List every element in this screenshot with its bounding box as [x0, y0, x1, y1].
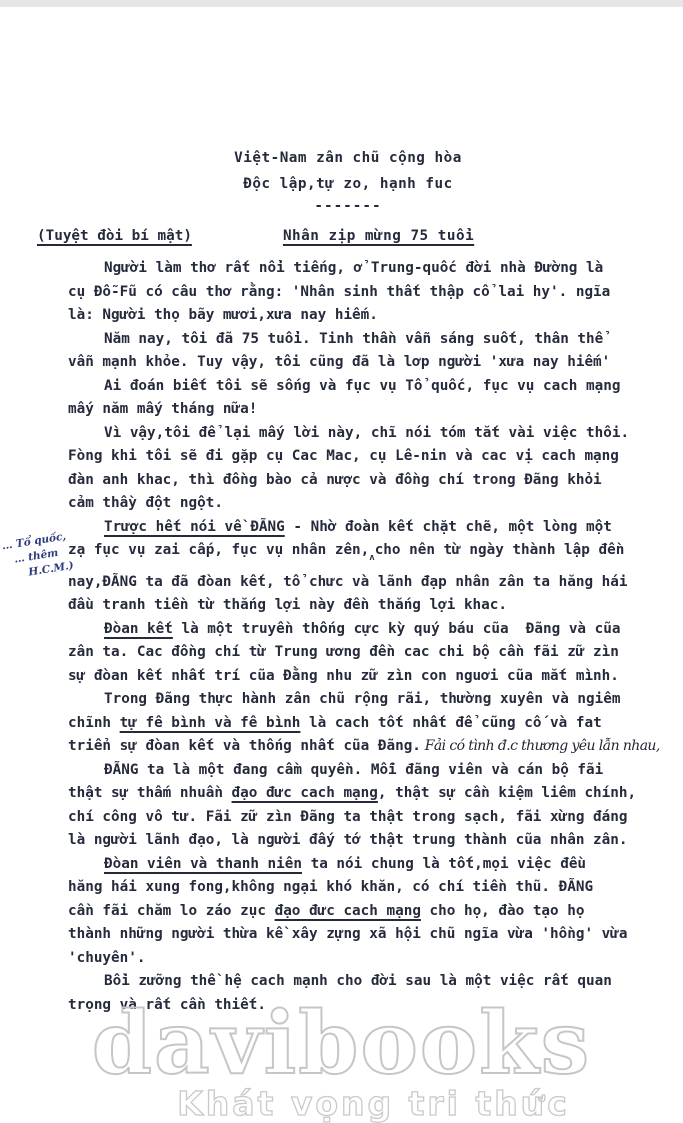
paragraph: Đòan viên và thanh niên ta nói chung là …: [68, 853, 628, 971]
text-line: cảm thầy đột ngột.: [68, 492, 628, 516]
typed-text: - Nhờ đoàn kết chặt chẽ, một lòng một: [285, 519, 612, 535]
typed-text: vẫn mạnh khỏe. Tuy vậy, tôi cũng đã là l…: [68, 354, 610, 370]
text-line: ĐÃNG ta là một đang cầm quyền. Mỗi đãng …: [68, 759, 628, 783]
text-line: Người làm thơ rất nổi tiếng, ở Trung-quố…: [68, 257, 628, 281]
typed-text: là: Người thọ bãy mươi,xưa nay hiếm.: [68, 307, 378, 323]
scan-edge-strip: [0, 0, 683, 7]
typed-text: Bồi zưỡng thề hệ cach mạnh cho đời sau l…: [104, 973, 612, 989]
handwritten-insertion: Fải có tình đ.c thương yêu lẫn nhau,: [421, 738, 660, 754]
paragraphs: Người làm thơ rất nổi tiếng, ở Trung-quố…: [68, 257, 628, 1017]
text-line: zân ta. Cac đồng chí từ Trung ương đền c…: [68, 641, 628, 665]
typed-text: zạ fục vụ zai cấp, fục vụ nhân zên,: [68, 542, 369, 558]
paragraph: Trong Đãng thực hành zân chũ rộng rãi, t…: [68, 688, 628, 759]
typed-text: chí công vô tư. Fãi zữ zìn Đãng ta thật …: [68, 809, 627, 825]
typed-text: 'chuyên'.: [68, 950, 145, 966]
typed-text: trọng và rất cần thiết.: [68, 997, 266, 1013]
paragraph: Trược hết nói về ĐÃNG - Nhờ đoàn kết chặ…: [68, 516, 628, 618]
text-line: cần fãi chăm lo záo zục đạo đưc cach mạn…: [68, 900, 628, 924]
text-line: hăng hái xung fong,không ngại khó khăn, …: [68, 876, 628, 900]
typed-text: triển sự đòan kết và thống nhất cũa Đãng…: [68, 738, 421, 754]
paragraph: Vì vậy,tôi để lại mấy lời này, chĩ nói t…: [68, 422, 628, 516]
text-line: Ai đoán biết tôi sẽ sống và fục vụ Tổ qu…: [68, 375, 628, 399]
text-line: chí công vô tư. Fãi zữ zìn Đãng ta thật …: [68, 806, 628, 830]
paragraph: Người làm thơ rất nổi tiếng, ở Trung-quố…: [68, 257, 628, 328]
text-line: nay,ĐÃNG ta đã đòan kết, tổ chưc và lãnh…: [68, 571, 628, 595]
typed-text: Năm nay, tôi đã 75 tuổi. Tinh thần vẫn s…: [104, 331, 603, 347]
underlined-text: Đòan kết: [104, 621, 173, 637]
typed-text: cho họ, đào tạo họ: [421, 903, 585, 919]
typed-text: , thật sự cần kiệm liêm chính,: [378, 785, 636, 801]
document-page: Việt-Nam zân chũ cộng hòa Độc lập,tự zo,…: [68, 145, 628, 1017]
text-line: vẫn mạnh khỏe. Tuy vậy, tôi cũng đã là l…: [68, 351, 628, 375]
typed-text: là một truyền thống cực kỳ quý báu cũa Đ…: [173, 621, 621, 637]
paragraph: Ai đoán biết tôi sẽ sống và fục vụ Tổ qu…: [68, 375, 628, 422]
text-line: Vì vậy,tôi để lại mấy lời này, chĩ nói t…: [68, 422, 628, 446]
typed-text: cần fãi chăm lo záo zục: [68, 903, 275, 919]
text-line: cụ Đỗ-Fũ có câu thơ rằng: 'Nhân sinh thấ…: [68, 281, 628, 305]
page-title: Nhân zịp mừng 75 tuổi: [283, 225, 474, 247]
text-line: Đòan viên và thanh niên ta nói chung là …: [68, 853, 628, 877]
text-line: sự đòan kết nhất trí cũa Đằng nhu zữ zìn…: [68, 665, 628, 689]
typed-text: Vì vậy,tôi để lại mấy lời này, chĩ nói t…: [104, 425, 629, 441]
text-line: là người lãnh đạo, là người đấy tớ thật …: [68, 829, 628, 853]
text-line: Bồi zưỡng thề hệ cach mạnh cho đời sau l…: [68, 970, 628, 994]
watermark: davibooks Khát vọng tri thức: [0, 1002, 683, 1122]
header-separator: -------: [68, 197, 628, 215]
text-line: thật sự thấm nhuần đạo đưc cach mạng, th…: [68, 782, 628, 806]
underlined-text: tự fê bình và fê bình: [120, 715, 301, 731]
national-header-line2: Độc lập,tự zo, hạnh fuc: [68, 171, 628, 197]
paragraph: Bồi zưỡng thề hệ cach mạnh cho đời sau l…: [68, 970, 628, 1017]
text-line: 'chuyên'.: [68, 947, 628, 971]
watermark-tagline: Khát vọng tri thức: [0, 1086, 683, 1122]
national-header-line1: Việt-Nam zân chũ cộng hòa: [68, 145, 628, 171]
underlined-text: đạo đưc cach mạng: [275, 903, 421, 919]
underlined-text: Trược hết nói về ĐÃNG: [104, 519, 285, 535]
text-line: Đòan kết là một truyền thống cực kỳ quý …: [68, 618, 628, 642]
typed-text: đàn anh khac, thì đồng bào cả nược và đồ…: [68, 472, 602, 488]
paragraph: Đòan kết là một truyền thống cực kỳ quý …: [68, 618, 628, 689]
typed-text: cảm thầy đột ngột.: [68, 495, 223, 511]
typed-text: thật sự thấm nhuần: [68, 785, 232, 801]
typed-text: Trong Đãng thực hành zân chũ rộng rãi, t…: [104, 691, 620, 707]
underlined-text: Đòan viên và thanh niên: [104, 856, 302, 872]
text-line: zạ fục vụ zai cấp, fục vụ nhân zên,ʌcho …: [68, 539, 628, 571]
typed-text: nay,ĐÃNG ta đã đòan kết, tổ chưc và lãnh…: [68, 574, 627, 590]
typed-text: là cach tốt nhất để cũng cố và fat: [300, 715, 601, 731]
typed-text: Người làm thơ rất nổi tiếng, ở Trung-quố…: [104, 260, 603, 276]
text-line: trọng và rất cần thiết.: [68, 994, 628, 1018]
text-line: đàn anh khac, thì đồng bào cả nược và đồ…: [68, 469, 628, 493]
underlined-text: đạo đưc cach mạng: [232, 785, 378, 801]
paragraph: ĐÃNG ta là một đang cầm quyền. Mỗi đãng …: [68, 759, 628, 853]
typed-text: là người lãnh đạo, là người đấy tớ thật …: [68, 832, 627, 848]
text-line: là: Người thọ bãy mươi,xưa nay hiếm.: [68, 304, 628, 328]
typed-text: hăng hái xung fong,không ngại khó khăn, …: [68, 879, 593, 895]
text-line: triển sự đòan kết và thống nhất cũa Đãng…: [68, 735, 628, 759]
typed-text: chĩnh: [68, 715, 120, 731]
title-row: (Tuyệt đòi bí mật) Nhân zịp mừng 75 tuổi: [37, 225, 628, 247]
typed-text: cụ Đỗ-Fũ có câu thơ rằng: 'Nhân sinh thấ…: [68, 284, 610, 300]
typed-text: cho nên từ ngày thành lập đền: [375, 542, 625, 558]
text-line: chĩnh tự fê bình và fê bình là cach tốt …: [68, 712, 628, 736]
typed-text: thành những người thừa kề xây zựng xã hộ…: [68, 926, 627, 942]
text-line: Năm nay, tôi đã 75 tuổi. Tinh thần vẫn s…: [68, 328, 628, 352]
text-line: mấy năm mấy tháng nữa!: [68, 398, 628, 422]
typed-text: sự đòan kết nhất trí cũa Đằng nhu zữ zìn…: [68, 668, 619, 684]
text-line: Fòng khi tôi sẽ đi gặp cụ Cac Mac, cụ Lê…: [68, 445, 628, 469]
typed-text: Ai đoán biết tôi sẽ sống và fục vụ Tổ qu…: [104, 378, 620, 394]
typed-text: mấy năm mấy tháng nữa!: [68, 401, 257, 417]
text-line: đầu tranh tiền từ thắng lợi này đền thắn…: [68, 594, 628, 618]
typed-text: zân ta. Cac đồng chí từ Trung ương đền c…: [68, 644, 619, 660]
typed-text: ta nói chung là tốt,mọi việc đều: [302, 856, 586, 872]
typed-text: Fòng khi tôi sẽ đi gặp cụ Cac Mac, cụ Lê…: [68, 448, 619, 464]
paragraph: Năm nay, tôi đã 75 tuổi. Tinh thần vẫn s…: [68, 328, 628, 375]
typed-text: ĐÃNG ta là một đang cầm quyền. Mỗi đãng …: [104, 762, 603, 778]
classification-label: (Tuyệt đòi bí mật): [37, 225, 192, 247]
text-line: thành những người thừa kề xây zựng xã hộ…: [68, 923, 628, 947]
text-line: Trược hết nói về ĐÃNG - Nhờ đoàn kết chặ…: [68, 516, 628, 540]
typed-text: đầu tranh tiền từ thắng lợi này đền thắn…: [68, 597, 507, 613]
text-line: Trong Đãng thực hành zân chũ rộng rãi, t…: [68, 688, 628, 712]
